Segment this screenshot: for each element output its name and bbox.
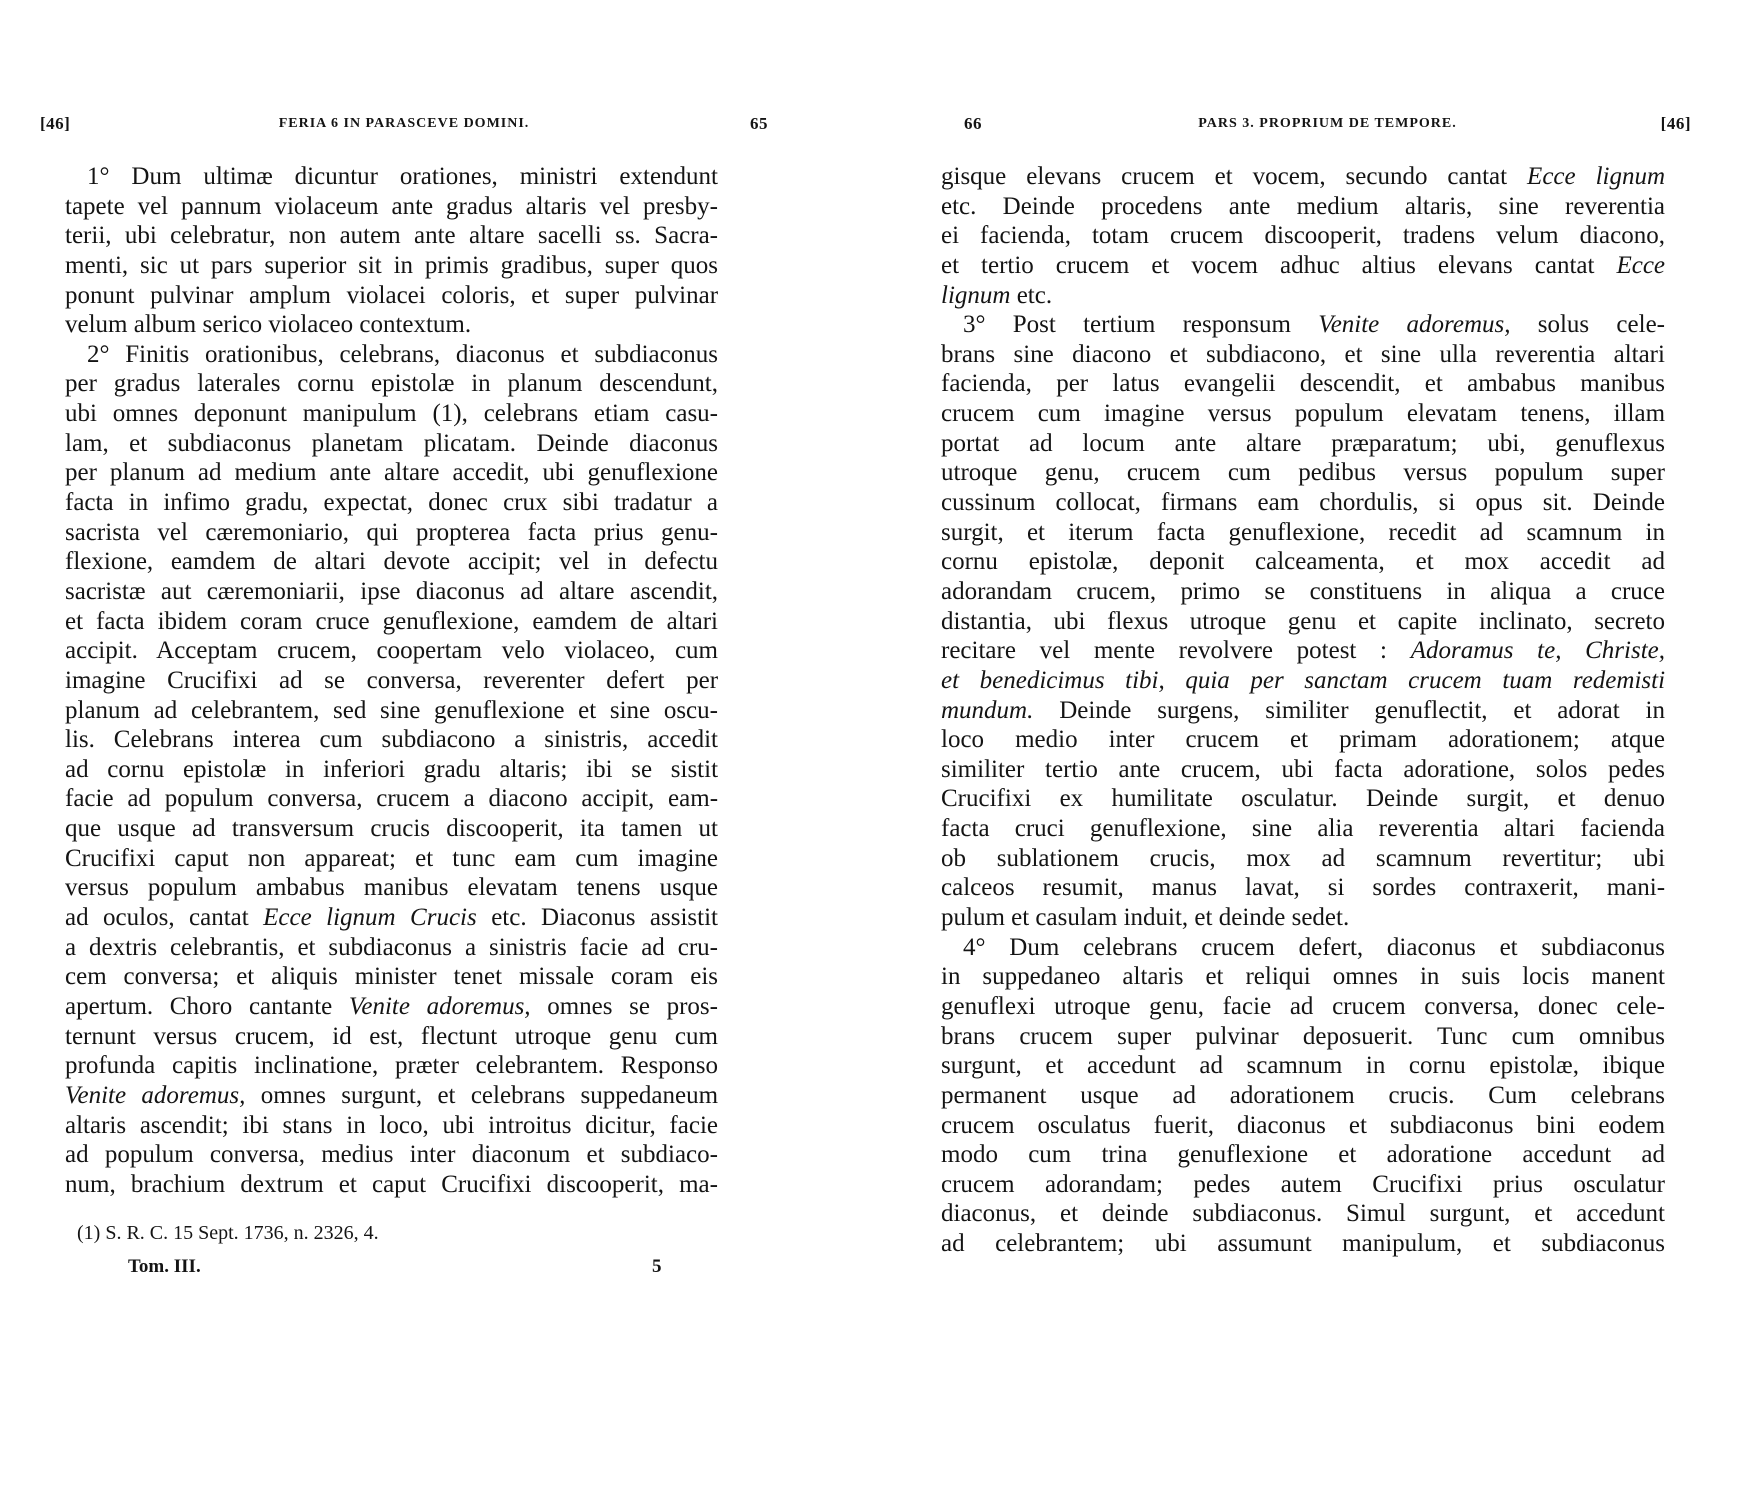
- text-segment: ad populum conversa, medius inter diacon…: [65, 1141, 718, 1168]
- text-segment: lam, et subdiaconus planetam plicatam. D…: [65, 430, 718, 457]
- text-segment: permanent usque ad adorationem crucis. C…: [941, 1082, 1665, 1109]
- text-line: 3° Post tertium responsum Venite adoremu…: [941, 310, 1665, 340]
- text-line: altaris ascendit; ibi stans in loco, ubi…: [65, 1111, 718, 1141]
- text-line: tapete vel pannum violaceum ante gradus …: [65, 192, 718, 222]
- text-line: ob sublationem crucis, mox ad scamnum re…: [941, 844, 1665, 874]
- text-segment: profunda capitis inclinatione, præter ce…: [65, 1052, 718, 1079]
- italic-text: Venite adoremus,: [1318, 311, 1510, 338]
- text-line: facta cruci genuflexione, sine alia reve…: [941, 814, 1665, 844]
- text-segment: 4° Dum celebrans crucem defert, diaconus…: [963, 934, 1665, 961]
- text-segment: altaris ascendit; ibi stans in loco, ubi…: [65, 1112, 718, 1139]
- text-segment: recitare vel mente revolvere potest :: [941, 637, 1411, 664]
- text-line: cussinum collocat, firmans eam chordulis…: [941, 488, 1665, 518]
- text-segment: etc.: [1010, 282, 1052, 309]
- text-segment: crucem osculatus fuerit, diaconus et sub…: [941, 1112, 1665, 1139]
- text-line: ei facienda, totam crucem discooperit, t…: [941, 221, 1665, 251]
- text-line: facienda, per latus evangelii descendit,…: [941, 369, 1665, 399]
- text-segment: et tertio crucem et vocem adhuc altius e…: [941, 252, 1616, 279]
- text-segment: sacristæ aut cæremoniarii, ipse diaconus…: [65, 578, 718, 605]
- text-line: ad oculos, cantat Ecce lignum Crucis etc…: [65, 903, 718, 933]
- italic-text: Ecce lignum: [1527, 163, 1665, 190]
- volume-signature: Tom. III.: [128, 1256, 201, 1278]
- text-line: planum ad celebrantem, sed sine genuflex…: [65, 696, 718, 726]
- text-segment: etc. Diaconus assistit: [477, 904, 718, 931]
- text-line: distantia, ubi flexus utroque genu et ca…: [941, 607, 1665, 637]
- text-segment: crucem cum imagine versus populum elevat…: [941, 400, 1665, 427]
- body-text-right: gisque elevans crucem et vocem, secundo …: [941, 162, 1665, 1259]
- text-segment: calceos resumit, manus lavat, si sordes …: [941, 874, 1665, 901]
- text-segment: apertum. Choro cantante: [65, 993, 349, 1020]
- text-segment: flexione, eamdem de altari devote accipi…: [65, 548, 718, 575]
- footnote: (1) S. R. C. 15 Sept. 1736, n. 2326, 4.: [77, 1222, 379, 1245]
- text-segment: ad cornu epistolæ in inferiori gradu alt…: [65, 756, 718, 783]
- text-segment: etc. Deinde procedens ante medium altari…: [941, 193, 1665, 220]
- text-segment: loco medio inter crucem et primam adorat…: [941, 726, 1665, 753]
- text-line: permanent usque ad adorationem crucis. C…: [941, 1081, 1665, 1111]
- text-line: lignum etc.: [941, 281, 1665, 311]
- text-line: que usque ad transversum crucis discoope…: [65, 814, 718, 844]
- text-segment: surgunt, et accedunt ad scamnum in cornu…: [941, 1052, 1665, 1079]
- text-line: pulum et casulam induit, et deinde sedet…: [941, 903, 1665, 933]
- text-line: ad populum conversa, medius inter diacon…: [65, 1140, 718, 1170]
- text-line: calceos resumit, manus lavat, si sordes …: [941, 873, 1665, 903]
- text-segment: crucem adorandam; pedes autem Crucifixi …: [941, 1171, 1665, 1198]
- text-line: terii, ubi celebratur, non autem ante al…: [65, 221, 718, 251]
- text-segment: genuflexi utroque genu, facie ad crucem …: [941, 993, 1665, 1020]
- text-line: brans crucem super pulvinar deposuerit. …: [941, 1022, 1665, 1052]
- text-line: et facta ibidem coram cruce genuflexione…: [65, 607, 718, 637]
- text-line: Crucifixi ex humilitate osculatur. Deind…: [941, 784, 1665, 814]
- text-line: menti, sic ut pars superior sit in primi…: [65, 251, 718, 281]
- text-line: utroque genu, crucem cum pedibus versus …: [941, 458, 1665, 488]
- text-segment: solus cele-: [1510, 311, 1665, 338]
- text-segment: tapete vel pannum violaceum ante gradus …: [65, 193, 718, 220]
- text-line: crucem cum imagine versus populum elevat…: [941, 399, 1665, 429]
- text-segment: ad celebrantem; ubi assumunt manipulum, …: [941, 1230, 1665, 1257]
- text-segment: per planum ad medium ante altare accedit…: [65, 459, 718, 486]
- text-line: imagine Crucifixi ad se conversa, revere…: [65, 666, 718, 696]
- text-segment: ad oculos, cantat: [65, 904, 263, 931]
- text-segment: in suppedaneo altaris et reliqui omnes i…: [941, 963, 1665, 990]
- text-segment: surgit, et iterum facta genuflexione, re…: [941, 519, 1665, 546]
- text-line: facta in infimo gradu, expectat, donec c…: [65, 488, 718, 518]
- text-line: modo cum trina genuflexione et adoration…: [941, 1140, 1665, 1170]
- italic-text: Venite adoremus,: [65, 1082, 245, 1109]
- text-line: cornu epistolæ, deponit calceamenta, et …: [941, 547, 1665, 577]
- text-segment: ubi omnes deponunt manipulum (1), celebr…: [65, 400, 718, 427]
- text-line: facie ad populum conversa, crucem a diac…: [65, 784, 718, 814]
- text-line: lam, et subdiaconus planetam plicatam. D…: [65, 429, 718, 459]
- text-line: 1° Dum ultimæ dicuntur orationes, minist…: [65, 162, 718, 192]
- text-segment: similiter tertio ante crucem, ubi facta …: [941, 756, 1665, 783]
- text-segment: cornu epistolæ, deponit calceamenta, et …: [941, 548, 1665, 575]
- text-line: ubi omnes deponunt manipulum (1), celebr…: [65, 399, 718, 429]
- text-segment: diaconus, et deinde subdiaconus. Simul s…: [941, 1200, 1665, 1227]
- italic-text: Venite adoremus,: [349, 993, 531, 1020]
- text-segment: accipit. Acceptam crucem, coopertam velo…: [65, 637, 718, 664]
- text-segment: per gradus laterales cornu epistolæ in p…: [65, 370, 718, 397]
- text-segment: planum ad celebrantem, sed sine genuflex…: [65, 697, 718, 724]
- text-segment: ponunt pulvinar amplum violacei coloris,…: [65, 282, 718, 309]
- text-line: ternunt versus crucem, id est, flectunt …: [65, 1022, 718, 1052]
- text-line: 4° Dum celebrans crucem defert, diaconus…: [941, 933, 1665, 963]
- text-line: ad celebrantem; ubi assumunt manipulum, …: [941, 1229, 1665, 1259]
- text-line: brans sine diacono et subdiacono, et sin…: [941, 340, 1665, 370]
- text-line: in suppedaneo altaris et reliqui omnes i…: [941, 962, 1665, 992]
- text-line: 2° Finitis orationibus, celebrans, diaco…: [65, 340, 718, 370]
- italic-text: lignum: [941, 282, 1010, 309]
- text-line: et benedicimus tibi, quia per sanctam cr…: [941, 666, 1665, 696]
- text-segment: menti, sic ut pars superior sit in primi…: [65, 252, 718, 279]
- text-segment: num, brachium dextrum et caput Crucifixi…: [65, 1171, 718, 1198]
- text-segment: lis. Celebrans interea cum subdiacono a …: [65, 726, 718, 753]
- text-segment: 3° Post tertium responsum: [963, 311, 1318, 338]
- text-line: surgit, et iterum facta genuflexione, re…: [941, 518, 1665, 548]
- text-segment: Crucifixi caput non appareat; et tunc ea…: [65, 845, 718, 872]
- running-head-title: PARS 3. PROPRIUM DE TEMPORE.: [964, 116, 1691, 132]
- text-segment: facta cruci genuflexione, sine alia reve…: [941, 815, 1665, 842]
- italic-text: mundum.: [941, 697, 1033, 724]
- running-head-right: 66 PARS 3. PROPRIUM DE TEMPORE. [46]: [964, 114, 1691, 138]
- section-number: [46]: [1661, 114, 1691, 134]
- text-line: Venite adoremus, omnes surgunt, et celeb…: [65, 1081, 718, 1111]
- text-segment: imagine Crucifixi ad se conversa, revere…: [65, 667, 718, 694]
- text-line: portat ad locum ante altare præparatum; …: [941, 429, 1665, 459]
- text-segment: ternunt versus crucem, id est, flectunt …: [65, 1023, 718, 1050]
- text-segment: brans crucem super pulvinar deposuerit. …: [941, 1023, 1665, 1050]
- text-segment: modo cum trina genuflexione et adoration…: [941, 1141, 1665, 1168]
- text-line: surgunt, et accedunt ad scamnum in cornu…: [941, 1051, 1665, 1081]
- text-line: num, brachium dextrum et caput Crucifixi…: [65, 1170, 718, 1200]
- text-segment: cem conversa; et aliquis minister tenet …: [65, 963, 718, 990]
- text-line: mundum. Deinde surgens, similiter genufl…: [941, 696, 1665, 726]
- text-line: per gradus laterales cornu epistolæ in p…: [65, 369, 718, 399]
- text-segment: sacrista vel cæremoniario, qui propterea…: [65, 519, 718, 546]
- text-segment: portat ad locum ante altare præparatum; …: [941, 430, 1665, 457]
- text-line: lis. Celebrans interea cum subdiacono a …: [65, 725, 718, 755]
- text-line: ad cornu epistolæ in inferiori gradu alt…: [65, 755, 718, 785]
- italic-text: Adoramus te, Christe,: [1411, 637, 1665, 664]
- text-line: gisque elevans crucem et vocem, secundo …: [941, 162, 1665, 192]
- italic-text: et benedicimus tibi, quia per sanctam cr…: [941, 667, 1665, 694]
- text-line: profunda capitis inclinatione, præter ce…: [65, 1051, 718, 1081]
- text-segment: facta in infimo gradu, expectat, donec c…: [65, 489, 718, 516]
- text-segment: ei facienda, totam crucem discooperit, t…: [941, 222, 1665, 249]
- left-page: [46] FERIA 6 IN PARASCEVE DOMINI. 65 1° …: [0, 0, 869, 1500]
- running-head-title: FERIA 6 IN PARASCEVE DOMINI.: [40, 116, 768, 132]
- text-segment: et facta ibidem coram cruce genuflexione…: [65, 608, 718, 635]
- text-line: Crucifixi caput non appareat; et tunc ea…: [65, 844, 718, 874]
- text-line: etc. Deinde procedens ante medium altari…: [941, 192, 1665, 222]
- text-segment: adorandam crucem, primo se constituens i…: [941, 578, 1665, 605]
- text-line: adorandam crucem, primo se constituens i…: [941, 577, 1665, 607]
- text-segment: 1° Dum ultimæ dicuntur orationes, minist…: [87, 163, 718, 190]
- text-line: similiter tertio ante crucem, ubi facta …: [941, 755, 1665, 785]
- text-line: velum album serico violaceo contextum.: [65, 310, 718, 340]
- text-segment: Crucifixi ex humilitate osculatur. Deind…: [941, 785, 1665, 812]
- text-segment: cussinum collocat, firmans eam chordulis…: [941, 489, 1665, 516]
- text-line: crucem adorandam; pedes autem Crucifixi …: [941, 1170, 1665, 1200]
- italic-text: Ecce: [1616, 252, 1665, 279]
- text-line: sacrista vel cæremoniario, qui propterea…: [65, 518, 718, 548]
- text-segment: pulum et casulam induit, et deinde sedet…: [941, 904, 1349, 931]
- text-segment: facienda, per latus evangelii descendit,…: [941, 370, 1665, 397]
- text-segment: 2° Finitis orationibus, celebrans, diaco…: [87, 341, 718, 368]
- text-segment: a dextris celebrantis, et subdiaconus a …: [65, 934, 718, 961]
- running-head-left: [46] FERIA 6 IN PARASCEVE DOMINI. 65: [40, 114, 768, 138]
- right-page: 66 PARS 3. PROPRIUM DE TEMPORE. [46] gis…: [869, 0, 1738, 1500]
- text-line: versus populum ambabus manibus elevatam …: [65, 873, 718, 903]
- text-segment: distantia, ubi flexus utroque genu et ca…: [941, 608, 1665, 635]
- text-line: cem conversa; et aliquis minister tenet …: [65, 962, 718, 992]
- text-segment: brans sine diacono et subdiacono, et sin…: [941, 341, 1665, 368]
- text-segment: omnes surgunt, et celebrans suppedaneum: [245, 1082, 718, 1109]
- text-segment: velum album serico violaceo contextum.: [65, 311, 471, 338]
- text-line: per planum ad medium ante altare accedit…: [65, 458, 718, 488]
- text-segment: Deinde surgens, similiter genuflectit, e…: [1033, 697, 1665, 724]
- text-line: diaconus, et deinde subdiaconus. Simul s…: [941, 1199, 1665, 1229]
- signature-mark: 5: [652, 1256, 662, 1278]
- text-segment: terii, ubi celebratur, non autem ante al…: [65, 222, 718, 249]
- text-line: a dextris celebrantis, et subdiaconus a …: [65, 933, 718, 963]
- italic-text: Ecce lignum Crucis: [263, 904, 477, 931]
- text-segment: versus populum ambabus manibus elevatam …: [65, 874, 718, 901]
- text-segment: gisque elevans crucem et vocem, secundo …: [941, 163, 1527, 190]
- text-line: recitare vel mente revolvere potest : Ad…: [941, 636, 1665, 666]
- text-line: accipit. Acceptam crucem, coopertam velo…: [65, 636, 718, 666]
- text-line: et tertio crucem et vocem adhuc altius e…: [941, 251, 1665, 281]
- text-segment: ob sublationem crucis, mox ad scamnum re…: [941, 845, 1665, 872]
- text-line: genuflexi utroque genu, facie ad crucem …: [941, 992, 1665, 1022]
- text-line: flexione, eamdem de altari devote accipi…: [65, 547, 718, 577]
- text-segment: utroque genu, crucem cum pedibus versus …: [941, 459, 1665, 486]
- text-segment: que usque ad transversum crucis discoope…: [65, 815, 718, 842]
- text-segment: facie ad populum conversa, crucem a diac…: [65, 785, 718, 812]
- text-line: loco medio inter crucem et primam adorat…: [941, 725, 1665, 755]
- text-line: ponunt pulvinar amplum violacei coloris,…: [65, 281, 718, 311]
- body-text-left: 1° Dum ultimæ dicuntur orationes, minist…: [65, 162, 718, 1199]
- page-number: 65: [750, 114, 768, 134]
- text-line: apertum. Choro cantante Venite adoremus,…: [65, 992, 718, 1022]
- text-line: crucem osculatus fuerit, diaconus et sub…: [941, 1111, 1665, 1141]
- text-segment: omnes se pros-: [531, 993, 718, 1020]
- text-line: sacristæ aut cæremoniarii, ipse diaconus…: [65, 577, 718, 607]
